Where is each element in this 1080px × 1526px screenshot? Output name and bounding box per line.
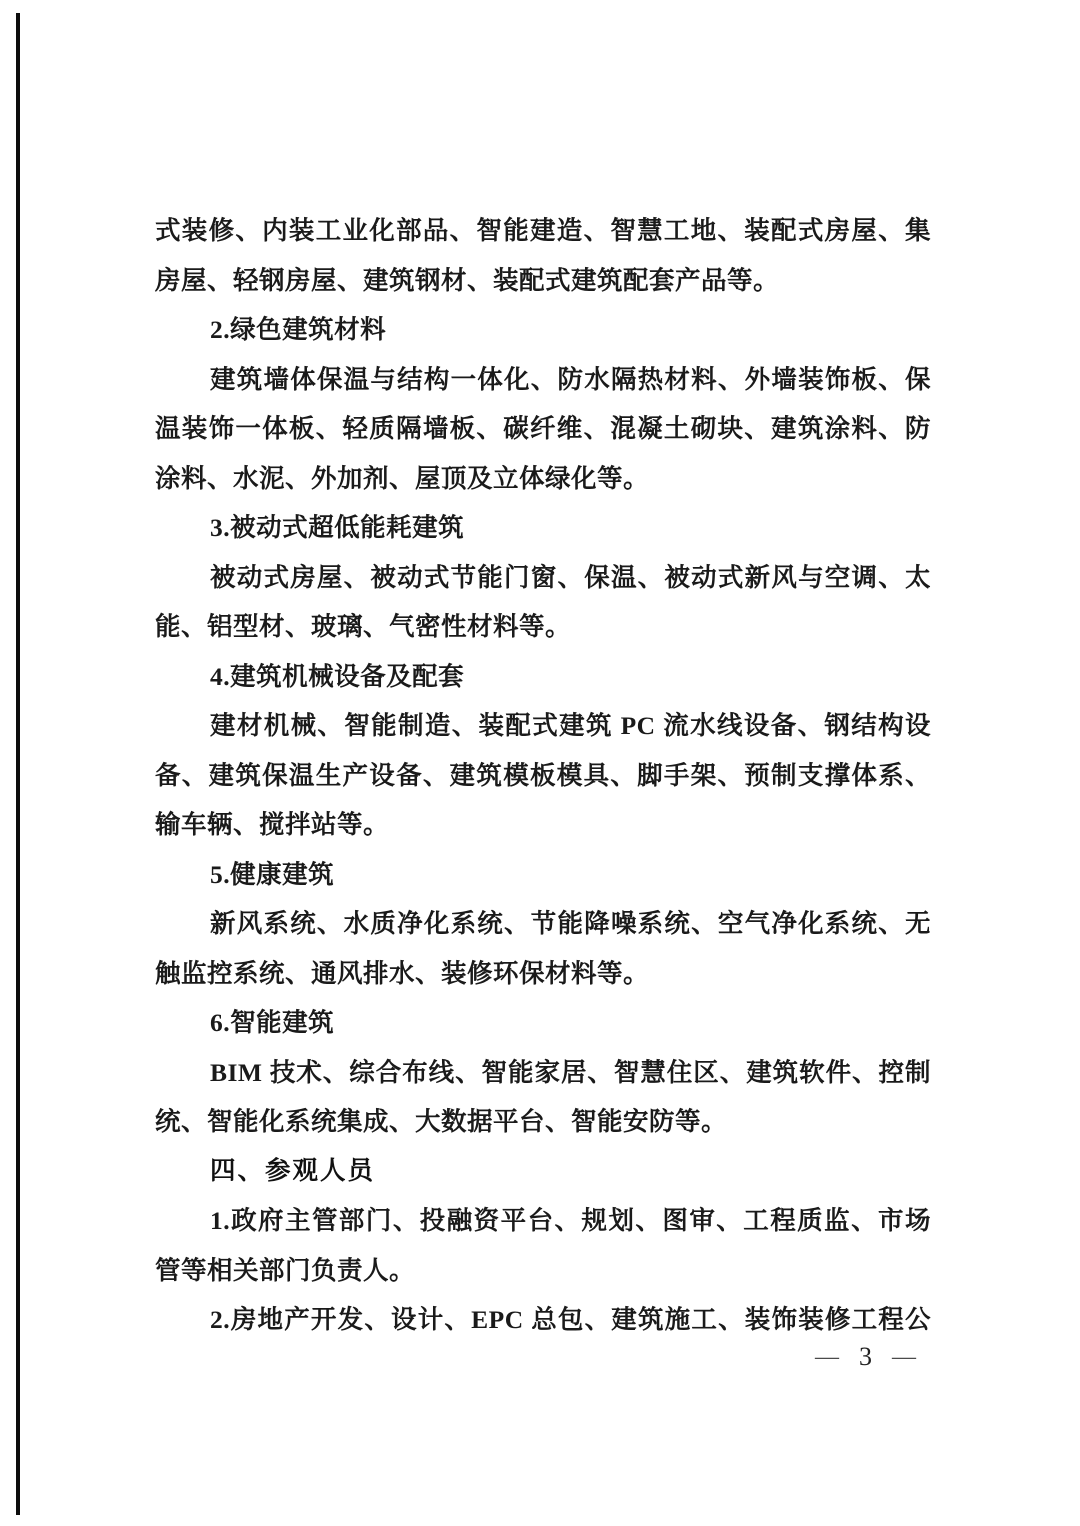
text-line: 输车辆、搅拌站等。 [155,800,931,850]
subsection-heading: 4.建筑机械设备及配套 [155,652,931,702]
text-line: 备、建筑保温生产设备、建筑模板模具、脚手架、预制支撑体系、运 [155,751,931,801]
text-line: 建材机械、智能制造、装配式建筑 PC 流水线设备、钢结构设 [155,701,931,751]
left-border-line [16,13,20,1515]
text-line: 能、铝型材、玻璃、气密性材料等。 [155,602,931,652]
text-line: 新风系统、水质净化系统、节能降噪系统、空气净化系统、无接 [155,899,931,949]
subsection-heading: 5.健康建筑 [155,850,931,900]
text-line: 房屋、轻钢房屋、建筑钢材、装配式建筑配套产品等。 [155,256,931,306]
subsection-heading: 2.绿色建筑材料 [155,305,931,355]
page-number: 3 [859,1342,872,1372]
document-body: 式装修、内装工业化部品、智能建造、智慧工地、装配式房屋、集成房屋、轻钢房屋、建筑… [155,206,931,1345]
text-line: 触监控系统、通风排水、装修环保材料等。 [155,949,931,999]
footer-dash-right: — [892,1344,916,1371]
text-line: 建筑墙体保温与结构一体化、防水隔热材料、外墙装饰板、保 [155,355,931,405]
text-line: 2.房地产开发、设计、EPC 总包、建筑施工、装饰装修工程公 [155,1295,931,1345]
subsection-heading: 3.被动式超低能耗建筑 [155,503,931,553]
text-line: 式装修、内装工业化部品、智能建造、智慧工地、装配式房屋、集成 [155,206,931,256]
text-line: 涂料、水泥、外加剂、屋顶及立体绿化等。 [155,454,931,504]
footer-dash-left: — [815,1344,839,1371]
text-line: 1.政府主管部门、投融资平台、规划、图审、工程质监、市场监 [155,1196,931,1246]
document-page: 式装修、内装工业化部品、智能建造、智慧工地、装配式房屋、集成房屋、轻钢房屋、建筑… [0,0,1080,1526]
section-heading: 四、参观人员 [155,1147,931,1197]
text-line: 管等相关部门负责人。 [155,1246,931,1296]
text-line: 温装饰一体板、轻质隔墙板、碳纤维、混凝土砌块、建筑涂料、防腐 [155,404,931,454]
text-line: 统、智能化系统集成、大数据平台、智能安防等。 [155,1097,931,1147]
subsection-heading: 6.智能建筑 [155,998,931,1048]
text-line: BIM 技术、综合布线、智能家居、智慧住区、建筑软件、控制系 [155,1048,931,1098]
text-line: 被动式房屋、被动式节能门窗、保温、被动式新风与空调、太阳 [155,553,931,603]
page-footer: — 3 — [815,1342,916,1372]
